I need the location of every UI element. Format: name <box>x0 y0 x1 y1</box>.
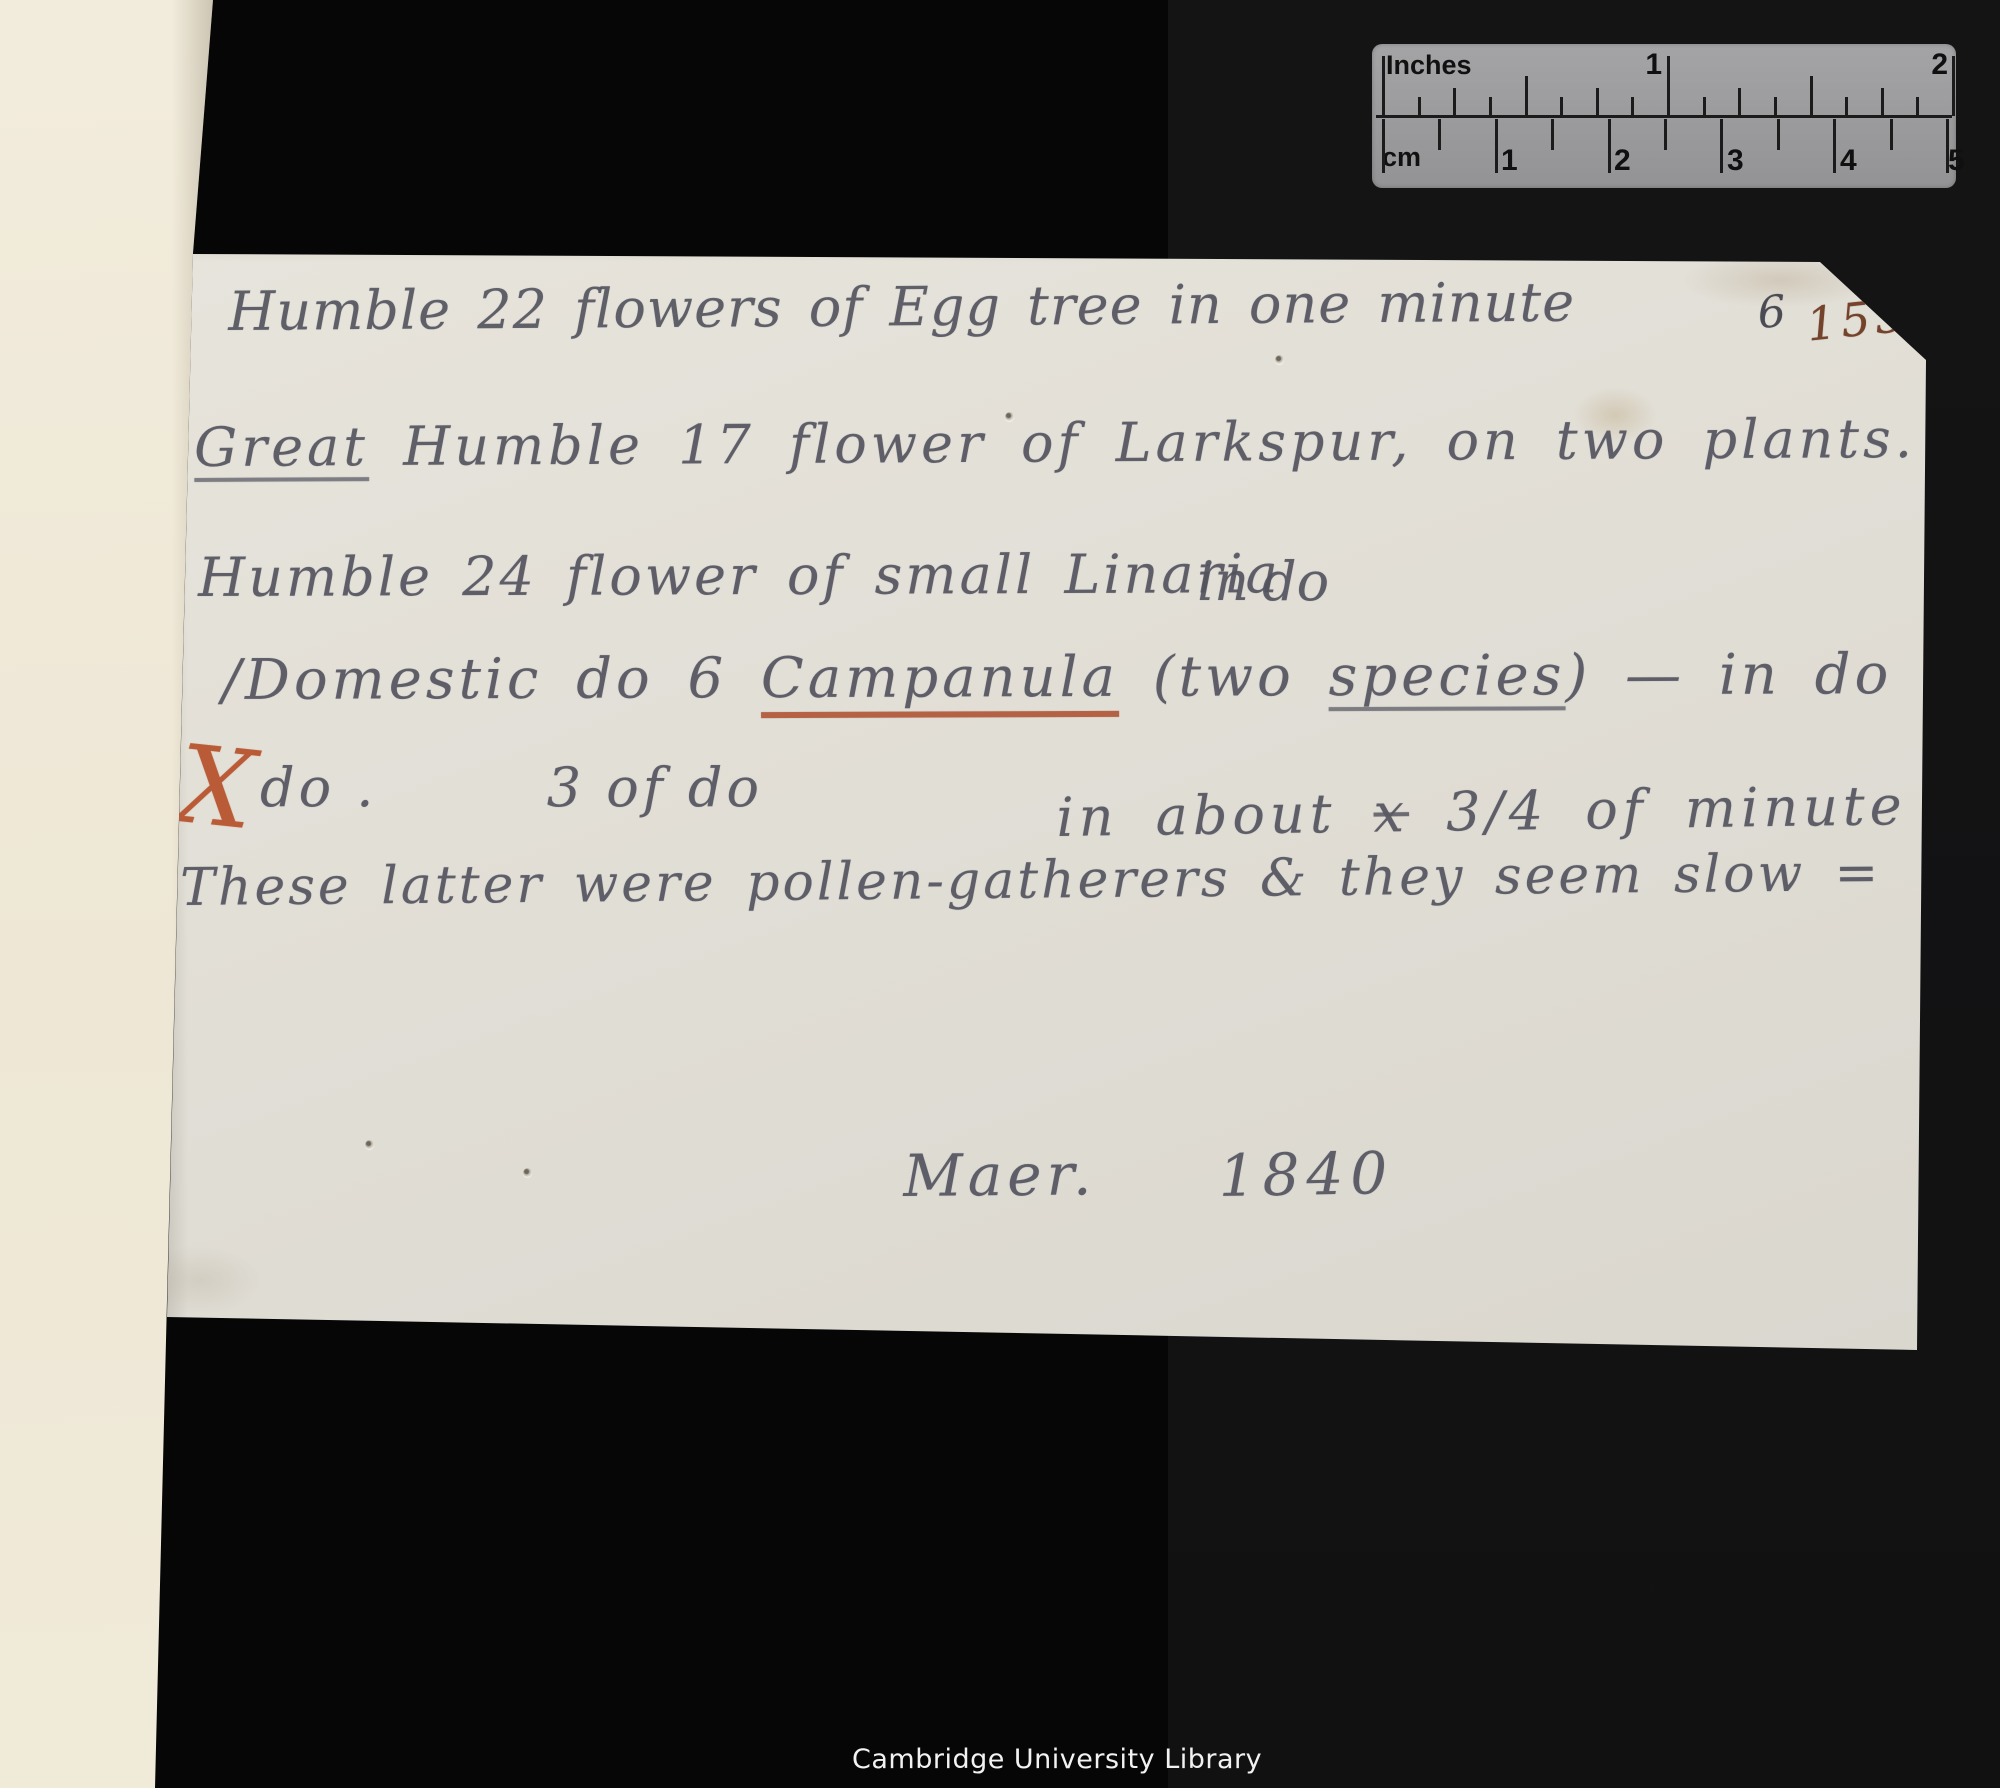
line-4-start: /Domestic do 6 <box>222 646 761 713</box>
line-3-do: do <box>1262 550 1329 613</box>
ruler-tick <box>1525 76 1528 116</box>
ruler-tick <box>1495 119 1498 173</box>
red-cross-mark: X <box>171 722 261 854</box>
date-year: 1840 <box>1218 1139 1395 1210</box>
manuscript-card: Humble 22 flowers of Egg tree in one min… <box>160 240 1930 1355</box>
line-5b-start: in about <box>1056 782 1374 849</box>
ruler-tick <box>1631 97 1634 116</box>
photographed-manuscript-scene: Humble 22 flowers of Egg tree in one min… <box>0 0 2000 1788</box>
ruler-tick <box>1881 88 1884 116</box>
ruler-tick <box>1777 119 1780 150</box>
struck-out-x: x <box>1373 781 1409 844</box>
ruler-tick <box>1382 119 1385 173</box>
ruler-tick <box>1489 97 1492 116</box>
ruler-tick <box>1916 97 1919 116</box>
ruler-tick <box>1810 76 1813 116</box>
ruler: Inches cm 1 2 1 2 3 4 5 <box>1372 44 1956 188</box>
line-3-text: Humble 24 flower of small Linaria <box>198 542 1281 609</box>
ruler-tick <box>1952 56 1955 116</box>
line-5b-end: 3/4 of minute <box>1409 774 1907 844</box>
ruler-tick <box>1890 119 1893 150</box>
ruler-cm-number-5: 5 <box>1948 144 1965 178</box>
ruler-cm-number-4: 4 <box>1840 144 1857 178</box>
ruler-cm-label: cm <box>1382 142 1421 173</box>
ruler-cm-number-1: 1 <box>1501 144 1518 178</box>
ruler-tick <box>1560 97 1563 116</box>
line-2-rest: Humble 17 flower of Larkspur, on two pla… <box>369 406 2000 478</box>
pinhole <box>1005 412 1014 421</box>
ruler-tick <box>1833 119 1836 173</box>
ruler-tick <box>1738 88 1741 116</box>
handwritten-line-6: These latter were pollen-gatherers & the… <box>180 843 1881 918</box>
ruler-tick <box>1946 119 1949 173</box>
ruler-tick <box>1667 56 1670 116</box>
underlined-word-great: Great <box>194 415 369 479</box>
ruler-tick <box>1551 119 1554 150</box>
date-place: Maer. <box>903 1140 1097 1210</box>
ruler-tick <box>1845 97 1848 116</box>
ruler-cm-number-2: 2 <box>1614 144 1631 178</box>
folio-number-pencil: 6 <box>1756 286 1787 339</box>
handwritten-date-line: Maer. 1840 <box>160 1142 1930 1242</box>
ruler-inch-number-1: 1 <box>1624 48 1662 82</box>
handwritten-line-5: do . 3 of do <box>260 756 763 819</box>
handwritten-line-4: /Domestic do 6 Campanula (two species) —… <box>222 642 1986 713</box>
pinhole <box>365 1140 374 1149</box>
ruler-inch-number-2: 2 <box>1910 48 1948 82</box>
ruler-midline <box>1376 115 1952 118</box>
ruler-tick <box>1596 88 1599 116</box>
ruler-tick <box>1382 56 1385 116</box>
line-4-mid: (two <box>1119 644 1329 710</box>
ruler-tick <box>1438 119 1441 150</box>
ruler-tick <box>1720 119 1723 173</box>
library-caption: Cambridge University Library <box>852 1744 1262 1775</box>
handwritten-line-3: Humble 24 flower of small Linaria in do <box>160 546 1930 636</box>
ruler-tick <box>1418 97 1421 116</box>
pinhole <box>1275 355 1284 364</box>
pinhole <box>523 1168 532 1177</box>
underlined-word-campanula: Campanula <box>761 645 1119 711</box>
handwritten-line-2: Great Humble 17 flower of Larkspur, on t… <box>194 406 2000 479</box>
ruler-tick <box>1774 97 1777 116</box>
ruler-tick <box>1703 97 1706 116</box>
ruler-tick <box>1453 88 1456 116</box>
ruler-tick <box>1664 119 1667 150</box>
ruler-cm-number-3: 3 <box>1727 144 1744 178</box>
ruler-inches-label: Inches <box>1386 50 1472 81</box>
handwritten-line-1: Humble 22 flowers of Egg tree in one min… <box>228 271 1575 343</box>
underlined-word-species: species <box>1328 643 1565 709</box>
line-3-in: in <box>1197 550 1249 613</box>
handwritten-line-5b: in about x 3/4 of minute <box>1056 774 1907 849</box>
ruler-tick <box>1608 119 1611 173</box>
